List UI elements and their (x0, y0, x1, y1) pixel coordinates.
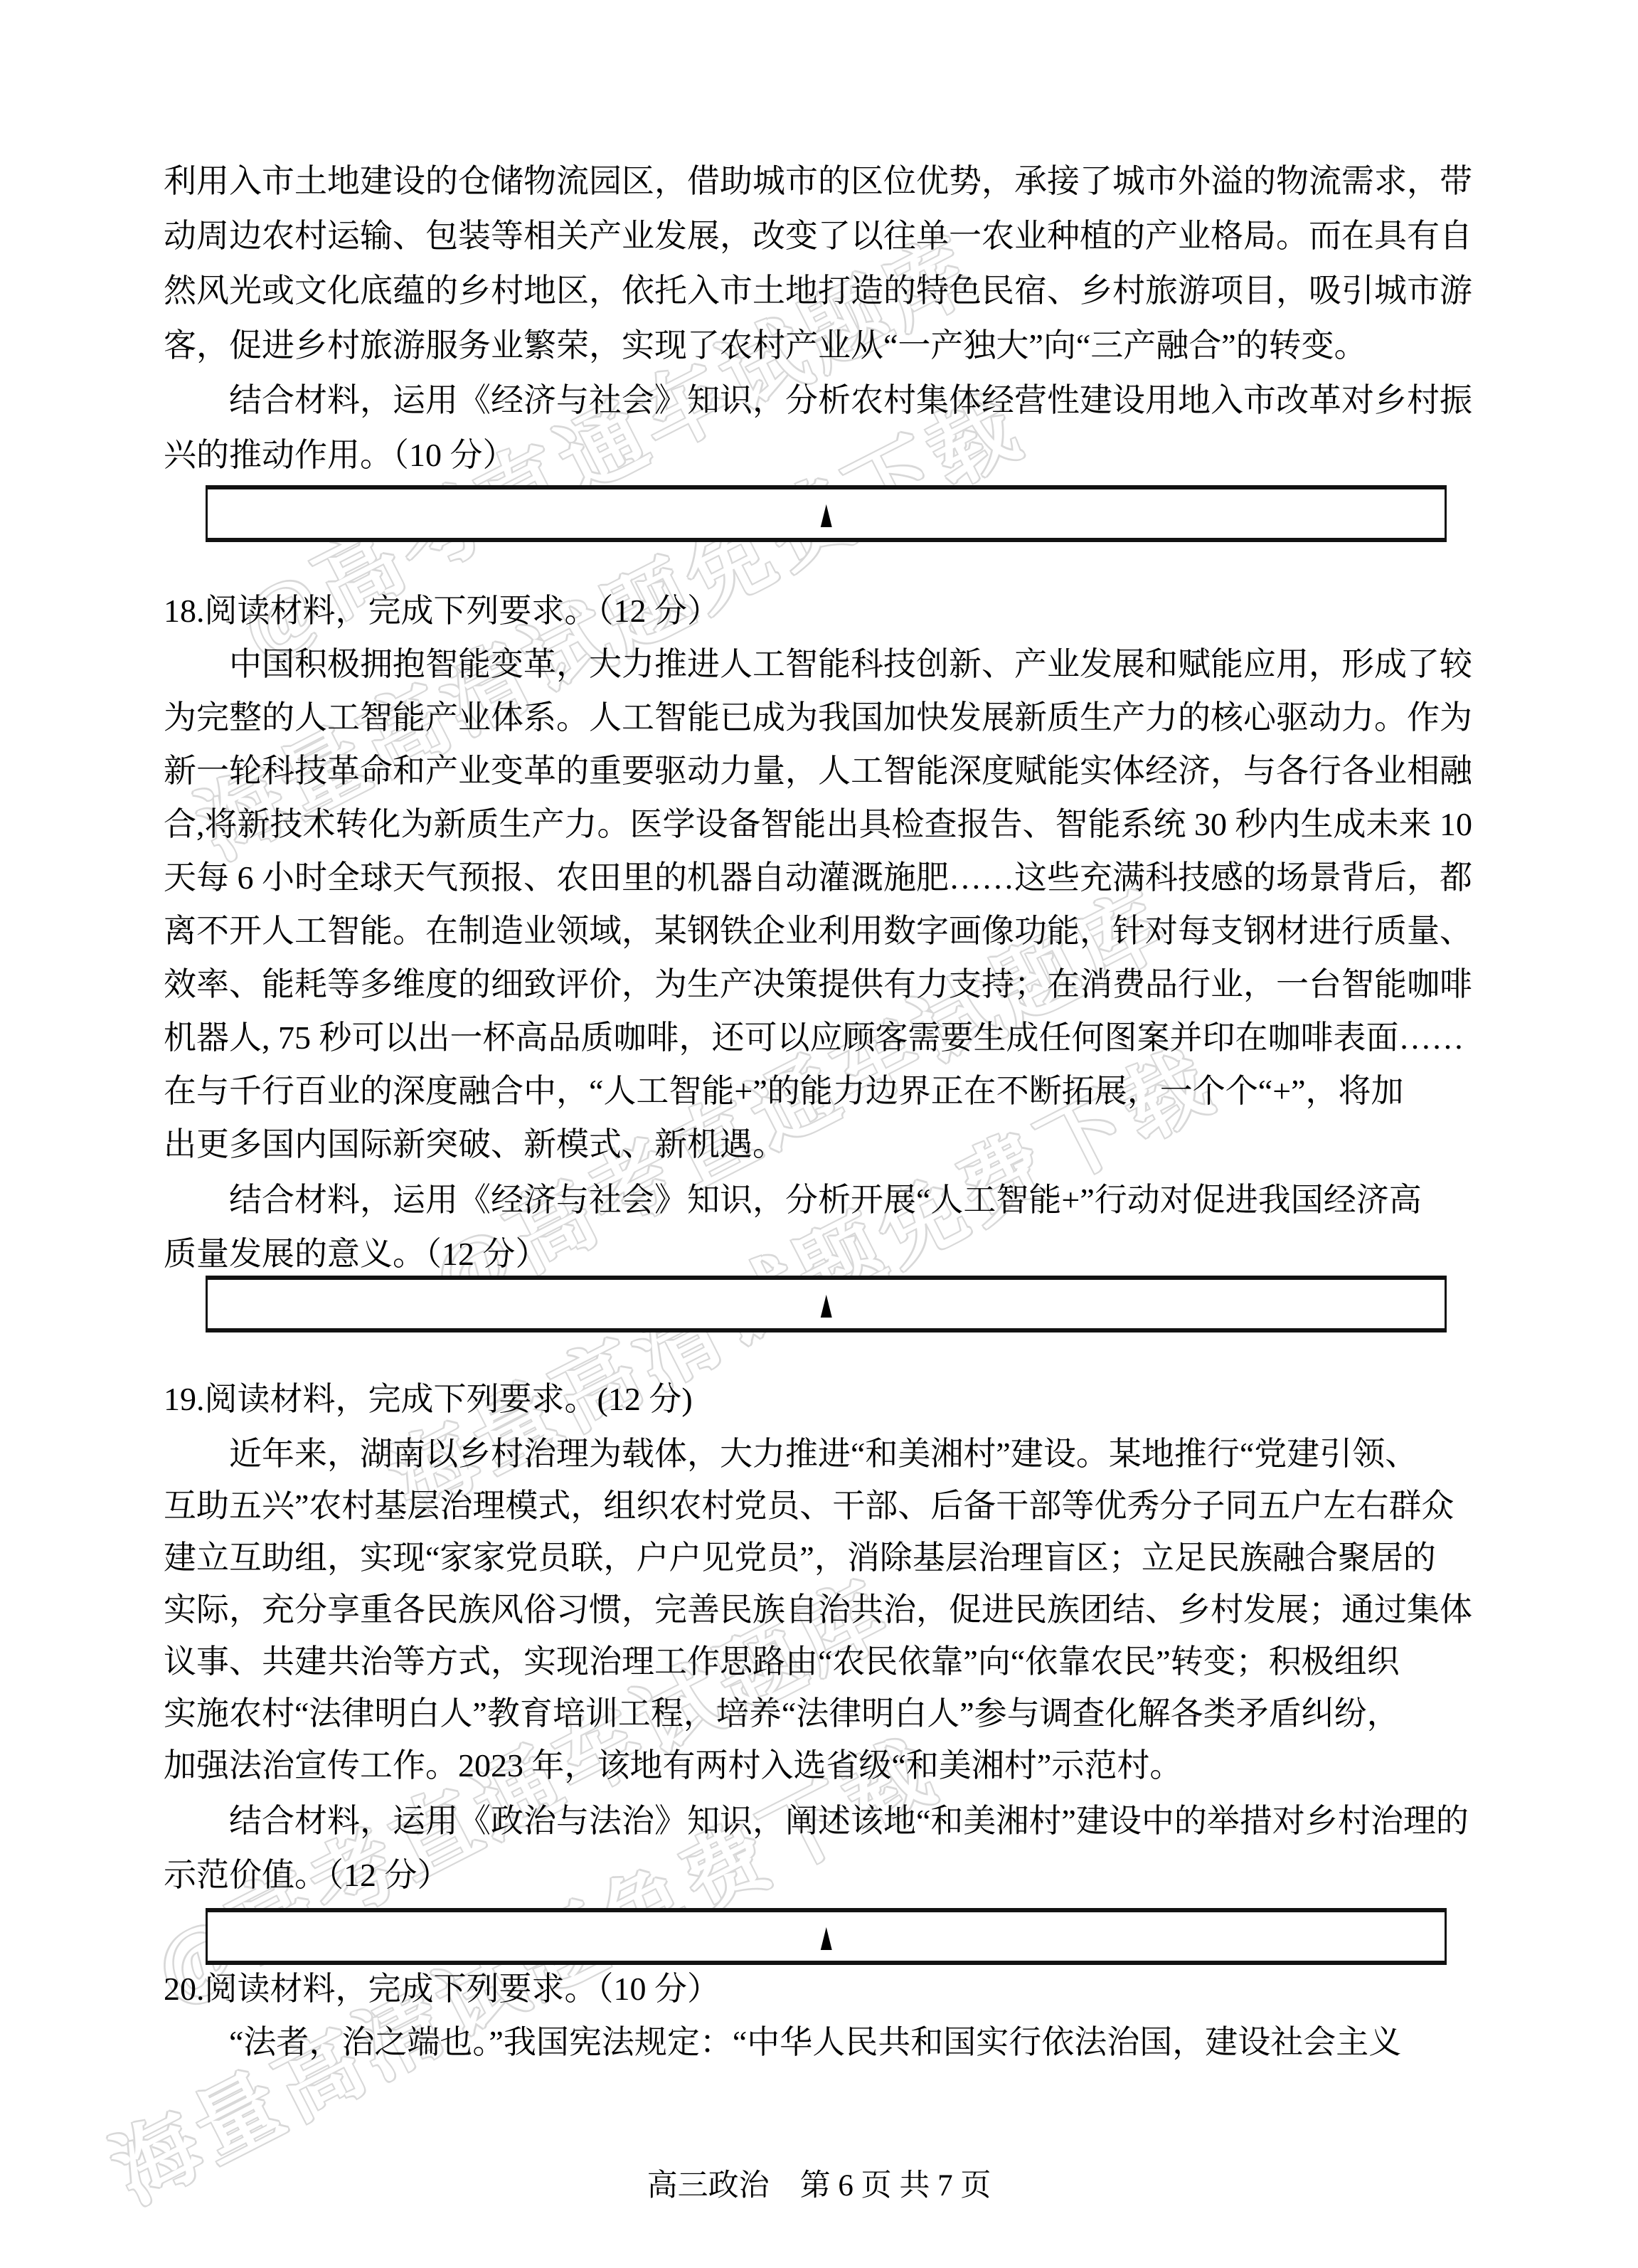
text-line: 天每 6 小时全球天气预报、农田里的机器自动灌溉施肥……这些充满科技感的场景背后… (164, 851, 1476, 904)
text-line: 效率、能耗等多维度的细致评价，为生产决策提供有力支持；在消费品行业，一台智能咖啡 (164, 958, 1476, 1011)
q18-material-paragraph: 中国积极拥抱智能变革，大力推进人工智能科技创新、产业发展和赋能应用，形成了较为完… (164, 637, 1476, 1171)
text-line: 客，促进乡村旅游服务业繁荣，实现了农村产业从“一产独大”向“三产融合”的转变。 (164, 318, 1476, 373)
text-line: 结合材料，运用《经济与社会》知识，分析农村集体经营性建设用地入市改革对乡村振 (164, 373, 1476, 428)
text-line: 互助五兴”农村基层治理模式，组织农村党员、干部、后备干部等优秀分子同五户左右群众 (164, 1480, 1476, 1532)
answer-box: ▲ (206, 1276, 1447, 1332)
exam-paper-page: @高考直通车试题库 海量高清试题免费下载 @高考直通车试题库 海量高清试题免费下… (0, 0, 1638, 2268)
text-line: 加强法治宣传工作。2023 年，该地有两村入选省级“和美湘村”示范村。 (164, 1739, 1476, 1791)
answer-box: ▲ (206, 1908, 1447, 1965)
answer-box: ▲ (206, 485, 1447, 542)
text-line: 近年来，湖南以乡村治理为载体，大力推进“和美湘村”建设。某地推行“党建引领、 (164, 1428, 1476, 1480)
answer-placeholder-icon: ▲ (817, 495, 836, 534)
text-line: 示范价值。（12 分） (164, 1848, 1476, 1902)
text-line: 离不开人工智能。在制造业领域，某钢铁企业利用数字画像功能，针对每支钢材进行质量、 (164, 904, 1476, 958)
q20-heading: 20.阅读材料，完成下列要求。（10 分） (164, 1961, 1476, 2016)
text-line: 出更多国内国际新突破、新模式、新机遇。 (164, 1118, 1476, 1171)
text-line: 合,将新技术转化为新质生产力。医学设备智能出具检查报告、智能系统 30 秒内生成… (164, 797, 1476, 851)
text-line: 动周边农村运输、包装等相关产业发展，改变了以往单一农业种植的产业格局。而在具有自 (164, 208, 1476, 263)
text-line: 结合材料，运用《政治与法治》知识，阐述该地“和美湘村”建设中的举措对乡村治理的 (164, 1794, 1476, 1848)
q19-material-paragraph: 近年来，湖南以乡村治理为载体，大力推进“和美湘村”建设。某地推行“党建引领、互助… (164, 1428, 1476, 1791)
text-line: 结合材料，运用《经济与社会》知识，分析开展“人工智能+”行动对促进我国经济高 (164, 1173, 1476, 1227)
text-line: 利用入市土地建设的仓储物流园区，借助城市的区位优势，承接了城市外溢的物流需求，带 (164, 154, 1476, 208)
text-line: 在与千行百业的深度融合中，“人工智能+”的能力边界正在不断拓展，一个个“+”，将… (164, 1064, 1476, 1118)
q17-question-paragraph: 结合材料，运用《经济与社会》知识，分析农村集体经营性建设用地入市改革对乡村振兴的… (164, 373, 1476, 482)
text-line: 议事、共建共治等方式，实现治理工作思路由“农民依靠”向“依靠农民”转变；积极组织 (164, 1636, 1476, 1687)
text-line: 中国积极拥抱智能变革，大力推进人工智能科技创新、产业发展和赋能应用，形成了较 (164, 637, 1476, 691)
text-line: 为完整的人工智能产业体系。人工智能已成为我国加快发展新质生产力的核心驱动力。作为 (164, 691, 1476, 744)
text-line: 实施农村“法律明白人”教育培训工程，培养“法律明白人”参与调查化解各类矛盾纠纷， (164, 1687, 1476, 1739)
text-line: 建立互助组，实现“家家党员联，户户见党员”，消除基层治理盲区；立足民族融合聚居的 (164, 1532, 1476, 1584)
answer-placeholder-icon: ▲ (817, 1918, 836, 1957)
answer-placeholder-icon: ▲ (817, 1286, 836, 1325)
q18-question-paragraph: 结合材料，运用《经济与社会》知识，分析开展“人工智能+”行动对促进我国经济高质量… (164, 1173, 1476, 1281)
text-line: 兴的推动作用。（10 分） (164, 428, 1476, 482)
text-line: 质量发展的意义。（12 分） (164, 1227, 1476, 1281)
q17-material-paragraph: 利用入市土地建设的仓储物流园区，借助城市的区位优势，承接了城市外溢的物流需求，带… (164, 154, 1476, 373)
text-line: “法者，治之端也。”我国宪法规定：“中华人民共和国实行依法治国，建设社会主义 (164, 2015, 1476, 2070)
page-footer: 高三政治 第 6 页 共 7 页 (0, 2168, 1638, 2204)
text-line: 然风光或文化底蕴的乡村地区，依托入市土地打造的特色民宿、乡村旅游项目，吸引城市游 (164, 263, 1476, 318)
q18-heading: 18.阅读材料，完成下列要求。（12 分） (164, 583, 1476, 638)
text-line: 机器人, 75 秒可以出一杯高品质咖啡，还可以应顾客需要生成任何图案并印在咖啡表… (164, 1011, 1476, 1064)
q19-question-paragraph: 结合材料，运用《政治与法治》知识，阐述该地“和美湘村”建设中的举措对乡村治理的示… (164, 1794, 1476, 1902)
text-line: 新一轮科技革命和产业变革的重要驱动力量，人工智能深度赋能实体经济，与各行各业相融 (164, 744, 1476, 797)
q20-material-paragraph: “法者，治之端也。”我国宪法规定：“中华人民共和国实行依法治国，建设社会主义 (164, 2015, 1476, 2070)
q19-heading: 19.阅读材料，完成下列要求。(12 分) (164, 1372, 1476, 1426)
text-line: 实际，充分享重各民族风俗习惯，完善民族自治共治，促进民族团结、乡村发展；通过集体 (164, 1584, 1476, 1636)
